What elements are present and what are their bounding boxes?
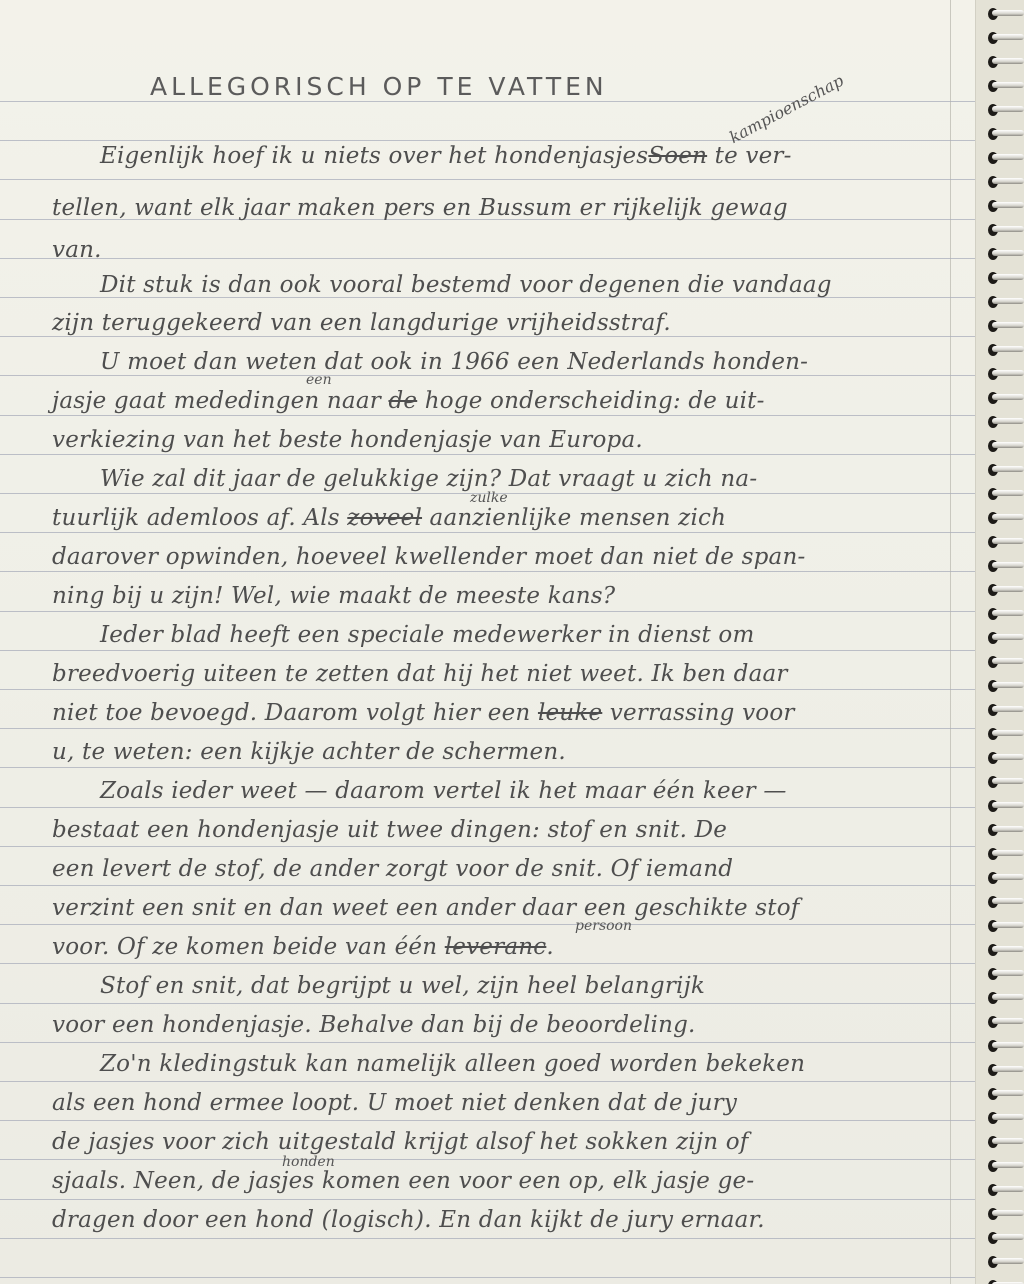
line-text: . — [546, 934, 554, 960]
spiral-ring-icon — [988, 200, 1022, 212]
ruled-line — [0, 375, 975, 376]
spiral-ring-icon — [988, 1232, 1022, 1244]
spiral-ring-icon — [988, 80, 1022, 92]
line-text: sjaals. Neen, de — [52, 1168, 248, 1194]
text-line: van. — [52, 237, 102, 263]
spiral-ring-icon — [988, 536, 1022, 548]
text-line: zijn teruggekeerd van een langdurige vri… — [52, 310, 671, 336]
spiral-ring-icon — [988, 512, 1022, 524]
ruled-line — [0, 101, 975, 102]
spiral-ring-icon — [988, 128, 1022, 140]
spiral-ring-icon — [988, 416, 1022, 428]
line-text: niet toe bevoegd. Daarom volgt hier een — [52, 700, 538, 726]
text-line: breedvoerig uiteen te zetten dat hij het… — [52, 661, 788, 687]
text-line: verkiezing van het beste hondenjasje van… — [52, 427, 643, 453]
ruled-line — [0, 924, 975, 925]
spiral-ring-icon — [988, 56, 1022, 68]
line-text: voor. Of ze komen beide van één — [52, 934, 445, 960]
spiral-ring-icon — [988, 32, 1022, 44]
insertion-note: honden — [282, 1154, 335, 1170]
text-line: Wie zal dit jaar de gelukkige zijn? Dat … — [100, 466, 757, 492]
text-line: u, te weten: een kijkje achter de scherm… — [52, 739, 566, 765]
spiral-ring-icon — [988, 1136, 1022, 1148]
text-line: jasje gaat mededingen naar de hoge onder… — [52, 388, 765, 414]
text-line: Dit stuk is dan ook vooral bestemd voor … — [100, 272, 832, 298]
spiral-ring-icon — [988, 1088, 1022, 1100]
ruled-line — [0, 963, 975, 964]
spiral-ring-icon — [988, 1112, 1022, 1124]
text-line: Zo'n kledingstuk kan namelijk alleen goe… — [100, 1051, 805, 1077]
ruled-line — [0, 532, 975, 533]
spiral-ring-icon — [988, 224, 1022, 236]
spiral-ring-icon — [988, 704, 1022, 716]
text-line: tuurlijk ademloos af. Als zoveel aanzien… — [52, 505, 726, 531]
spiral-ring-icon — [988, 392, 1022, 404]
text-line: daarover opwinden, hoeveel kwellender mo… — [52, 544, 805, 570]
text-line: Ieder blad heeft een speciale medewerker… — [100, 622, 754, 648]
ruled-line — [0, 140, 975, 141]
insertion-note: zulke — [470, 490, 508, 506]
spiral-ring-icon — [988, 320, 1022, 332]
spiral-ring-icon — [988, 920, 1022, 932]
spiral-ring-icon — [988, 104, 1022, 116]
spiral-ring-icon — [988, 464, 1022, 476]
text-line: U moet dan weten dat ook in 1966 een Ned… — [100, 349, 808, 375]
ruled-line — [0, 689, 975, 690]
line-text: aanzienlijke mensen zich — [422, 505, 726, 531]
spiral-ring-icon — [988, 344, 1022, 356]
spiral-ring-icon — [988, 800, 1022, 812]
deleted-word: leuke — [538, 700, 602, 726]
ruled-line — [0, 571, 975, 572]
text-line: voor een hondenjasje. Behalve dan bij de… — [52, 1012, 696, 1038]
text-line: sjaals. Neen, de jasjes komen een voor e… — [52, 1168, 754, 1194]
spiral-ring-icon — [988, 1016, 1022, 1028]
text-line: ning bij u zijn! Wel, wie maakt de meest… — [52, 583, 615, 609]
ruled-line — [0, 454, 975, 455]
spiral-ring-icon — [988, 1160, 1022, 1172]
text-line: Stof en snit, dat begrijpt u wel, zijn h… — [100, 973, 705, 999]
ruled-line — [0, 1003, 975, 1004]
ruled-line — [0, 1199, 975, 1200]
spiral-ring-icon — [988, 152, 1022, 164]
text-line: bestaat een hondenjasje uit twee dingen:… — [52, 817, 727, 843]
spiral-ring-icon — [988, 296, 1022, 308]
text-line: een levert de stof, de ander zorgt voor … — [52, 856, 733, 882]
spiral-ring-icon — [988, 728, 1022, 740]
spiral-ring-icon — [988, 1184, 1022, 1196]
spiral-ring-icon — [988, 560, 1022, 572]
text-line: niet toe bevoegd. Daarom volgt hier een … — [52, 700, 795, 726]
ruled-line — [0, 1159, 975, 1160]
spiral-ring-icon — [988, 584, 1022, 596]
line-text: tuurlijk ademloos af. Als — [52, 505, 347, 531]
text-line: als een hond ermee loopt. U moet niet de… — [52, 1090, 737, 1116]
spiral-binding — [975, 0, 1024, 1284]
text-line: voor. Of ze komen beide van één leveranc… — [52, 934, 554, 960]
deleted-word: de — [388, 388, 417, 414]
spiral-ring-icon — [988, 176, 1022, 188]
notebook-page: ALLEGORISCH OP TE VATTEN Eigenlijk hoef … — [0, 0, 975, 1284]
spiral-ring-icon — [988, 776, 1022, 788]
spiral-ring-icon — [988, 896, 1022, 908]
spiral-ring-icon — [988, 872, 1022, 884]
insertion-note: persoon — [575, 918, 632, 934]
ruled-line — [0, 885, 975, 886]
spiral-ring-icon — [988, 680, 1022, 692]
deleted-word: leveranc — [445, 934, 547, 960]
ruled-line — [0, 258, 975, 259]
line-text: hoge onderscheiding: de uit- — [417, 388, 764, 414]
ruled-line — [0, 1238, 975, 1239]
spiral-ring-icon — [988, 848, 1022, 860]
line-text: jasje gaat mededingen naar — [52, 388, 388, 414]
spiral-ring-icon — [988, 1280, 1022, 1284]
ruled-line — [0, 1120, 975, 1121]
spiral-ring-icon — [988, 368, 1022, 380]
spiral-ring-icon — [988, 632, 1022, 644]
text-line: Zoals ieder weet — daarom vertel ik het … — [100, 778, 787, 804]
ruled-line — [0, 728, 975, 729]
spiral-ring-icon — [988, 752, 1022, 764]
deleted-word: Soen — [648, 143, 707, 169]
line-text: te ver- — [707, 143, 791, 169]
text-line: tellen, want elk jaar maken pers en Buss… — [52, 195, 788, 221]
spiral-ring-icon — [988, 968, 1022, 980]
spiral-ring-icon — [988, 8, 1022, 20]
ruled-line — [0, 1081, 975, 1082]
text-line: Eigenlijk hoef ik u niets over het honde… — [100, 143, 792, 169]
ruled-line — [0, 611, 975, 612]
spiral-ring-icon — [988, 824, 1022, 836]
ruled-line — [0, 846, 975, 847]
text-line: dragen door een hond (logisch). En dan k… — [52, 1207, 765, 1233]
spiral-ring-icon — [988, 272, 1022, 284]
line-text: verrassing voor — [602, 700, 794, 726]
margin-line — [950, 0, 951, 1284]
line-text: Eigenlijk hoef ik u niets over het honde… — [100, 143, 648, 169]
spiral-ring-icon — [988, 944, 1022, 956]
insertion-note: kampioenschap — [726, 71, 847, 147]
spiral-ring-icon — [988, 1064, 1022, 1076]
spiral-ring-icon — [988, 1208, 1022, 1220]
ruled-line — [0, 807, 975, 808]
text-line: verzint een snit en dan weet een ander d… — [52, 895, 799, 921]
text-line: de jasjes voor zich uitgestald krijgt al… — [52, 1129, 748, 1155]
spiral-ring-icon — [988, 608, 1022, 620]
line-text: jasjes komen een voor een op, elk jasje … — [248, 1168, 754, 1194]
spiral-ring-icon — [988, 656, 1022, 668]
spiral-ring-icon — [988, 440, 1022, 452]
ruled-line — [0, 415, 975, 416]
deleted-word: zoveel — [347, 505, 422, 531]
ruled-line — [0, 1042, 975, 1043]
spiral-ring-icon — [988, 488, 1022, 500]
spiral-ring-icon — [988, 1040, 1022, 1052]
page-title: ALLEGORISCH OP TE VATTEN — [150, 72, 608, 101]
spiral-ring-icon — [988, 1256, 1022, 1268]
spiral-ring-icon — [988, 992, 1022, 1004]
ruled-line — [0, 767, 975, 768]
ruled-line — [0, 179, 975, 180]
ruled-line — [0, 1277, 975, 1278]
insertion-note: een — [306, 372, 332, 388]
ruled-line — [0, 336, 975, 337]
spiral-ring-icon — [988, 248, 1022, 260]
ruled-line — [0, 650, 975, 651]
